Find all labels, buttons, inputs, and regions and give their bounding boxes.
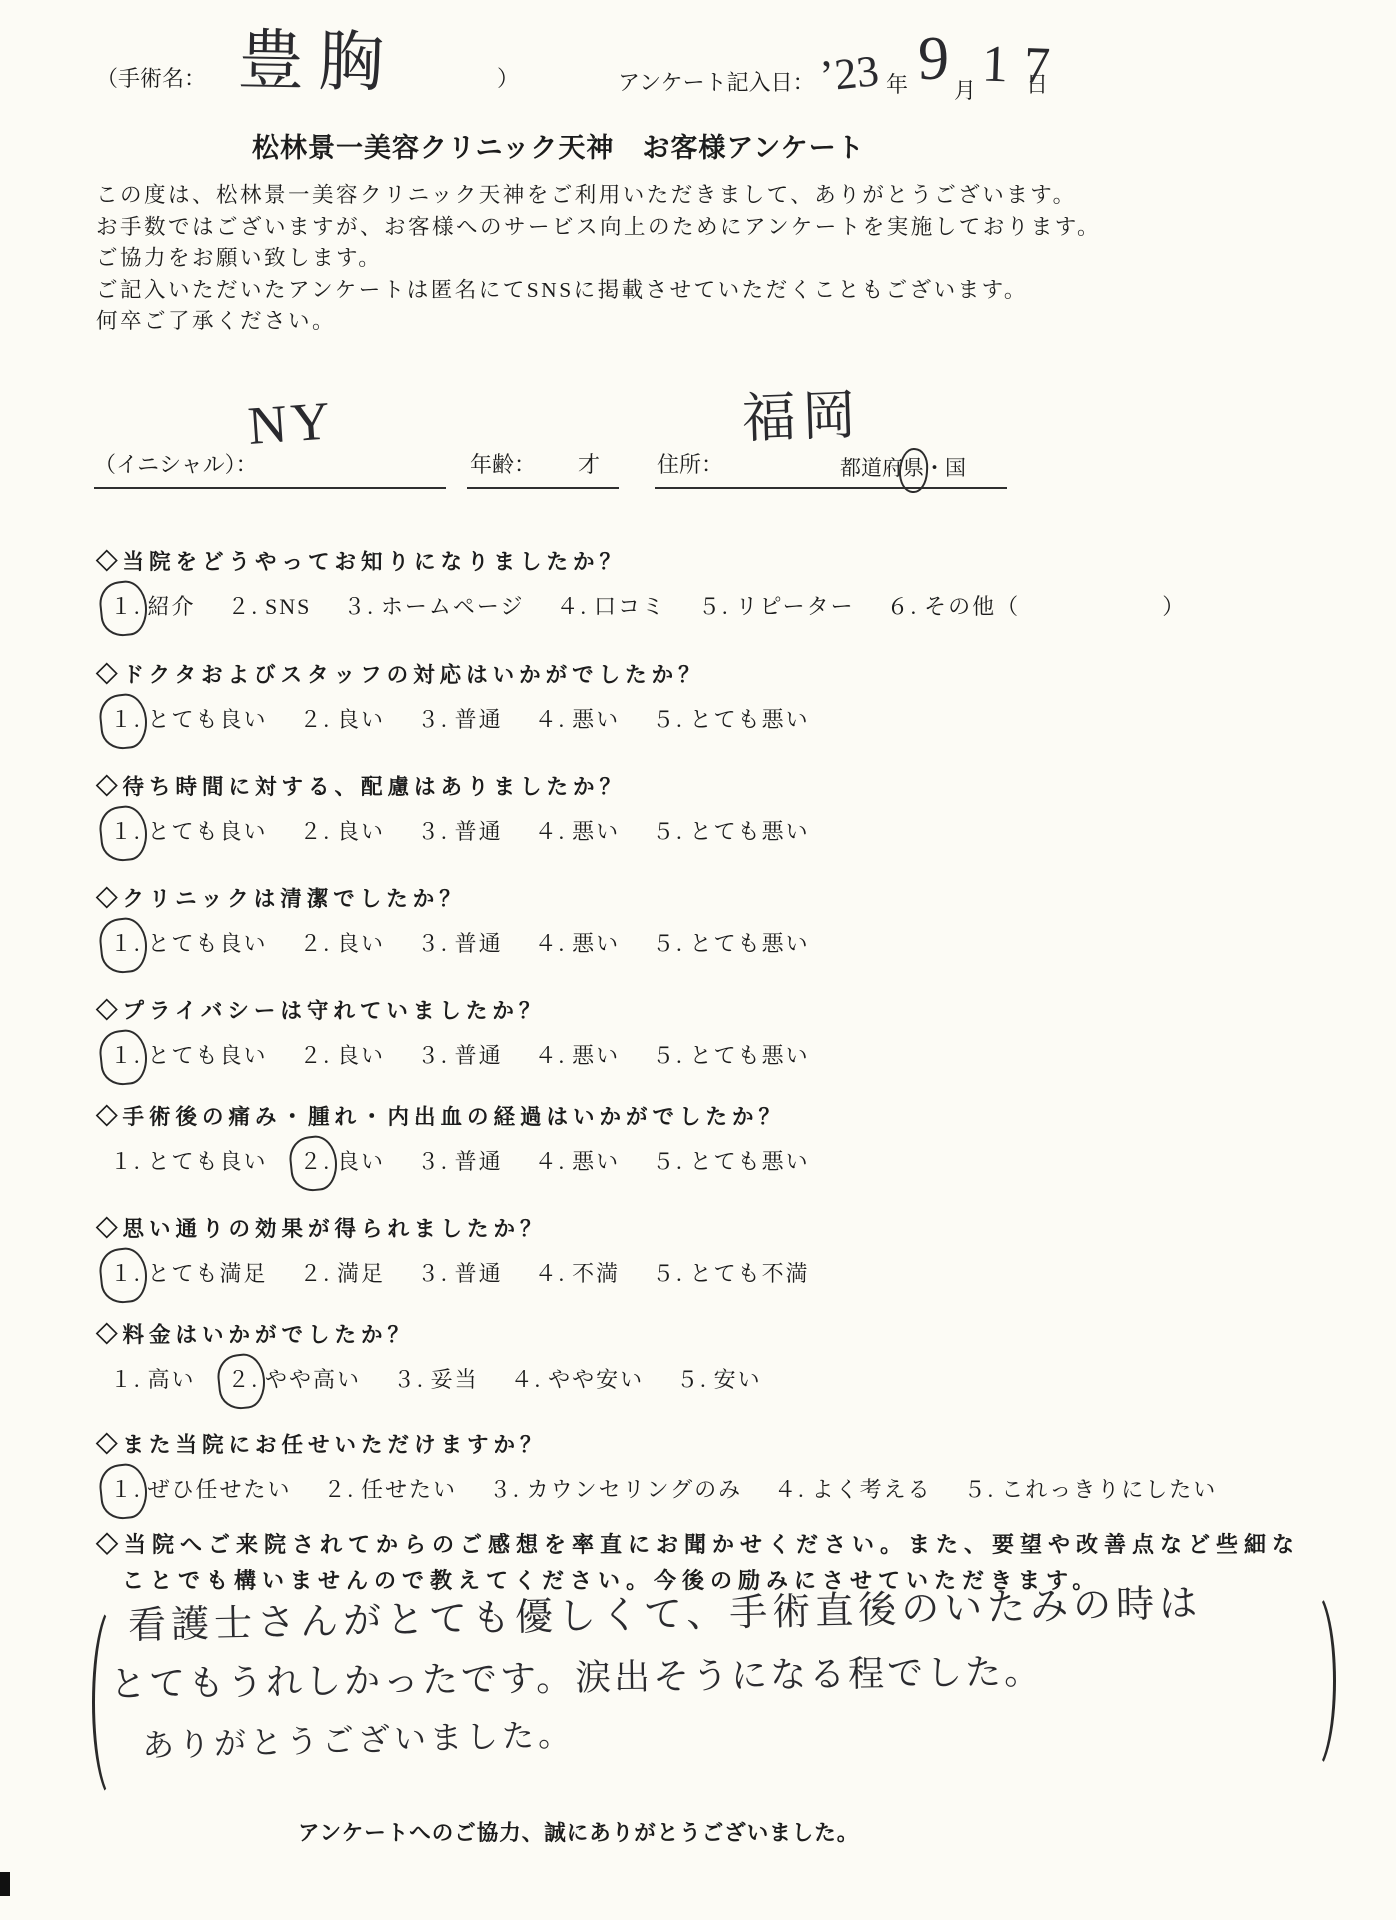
option: １.とても良い	[110, 927, 268, 958]
intro-line: お手数ではございますが、お客様へのサービス向上のためにアンケートを実施しておりま…	[96, 212, 1101, 244]
option-label: 普通	[455, 819, 503, 844]
option-label: やや安い	[548, 1367, 644, 1392]
option: ４.不満	[535, 1257, 621, 1288]
age-label: 年齢：	[470, 448, 536, 479]
option-label: やや高い	[265, 1367, 361, 1392]
option: ４.悪い	[535, 815, 621, 846]
option: ３.普通	[417, 815, 503, 846]
option: ５.とても悪い	[652, 703, 810, 734]
question-prompt: ◇クリニックは清潔でしたか？	[96, 882, 810, 913]
option: ５.とても悪い	[652, 815, 810, 846]
option-number: ４.	[535, 1257, 567, 1288]
option-label: とても悪い	[690, 931, 810, 956]
option-number: ２.	[228, 590, 260, 621]
option-number: ４.	[774, 1473, 806, 1504]
question-block-3: ◇待ち時間に対する、配慮はありましたか？ １.とても良い ２.良い ３.普通 ４…	[96, 770, 810, 846]
option-label: 悪い	[572, 1043, 620, 1068]
option: ４.よく考える	[774, 1473, 932, 1504]
option-number: １.	[110, 1363, 142, 1394]
option: ４.口コミ	[556, 590, 666, 621]
date-year-handwritten: ’23	[818, 49, 881, 99]
question-options: １.紹介 ２.SNS ３.ホームページ ４.口コミ ５.リピーター ６.その他（…	[110, 590, 1186, 621]
option-number: ５.	[652, 703, 684, 734]
option-label: 悪い	[572, 707, 620, 732]
option-label: とても良い	[148, 931, 268, 956]
question-options: １.とても良い ２.良い ３.普通 ４.悪い ５.とても悪い	[110, 927, 810, 958]
option-label: よく考える	[812, 1477, 932, 1502]
option: ３.ホームページ	[343, 590, 524, 621]
question-prompt: ◇ドクタおよびスタッフの対応はいかがでしたか？	[96, 658, 810, 689]
option-number: ５.	[676, 1363, 708, 1394]
option-number: ３.	[489, 1473, 521, 1504]
option: １.高い	[110, 1363, 196, 1394]
option-label: 良い	[337, 931, 385, 956]
option-number: ２.	[300, 1145, 332, 1176]
question-prompt: ◇手術後の痛み・腫れ・内出血の経過はいかがでしたか？	[96, 1100, 810, 1131]
option-number: １.	[110, 1145, 142, 1176]
address-underline	[655, 486, 1007, 489]
option-label: とても悪い	[690, 819, 810, 844]
age-unit: 才	[578, 448, 600, 479]
option: ５.とても不満	[652, 1257, 810, 1288]
option: ３.妥当	[393, 1363, 479, 1394]
option: ２.良い	[300, 815, 386, 846]
option: １.ぜひ任せたい	[110, 1473, 292, 1504]
comment-prompt-line1: ◇当院へご来院されてからのご感想を率直にお聞かせください。また、要望や改善点など…	[96, 1528, 1300, 1559]
option: ５.とても悪い	[652, 1145, 810, 1176]
option: １.とても良い	[110, 1145, 268, 1176]
address-suffix: 都道府県・国	[840, 452, 966, 482]
option-label: SNS	[265, 594, 311, 619]
question-options: １.とても良い ２.良い ３.普通 ４.悪い ５.とても悪い	[110, 1039, 810, 1070]
option-label: とても良い	[148, 1149, 268, 1174]
option-number: ４.	[535, 815, 567, 846]
intro-paragraph: この度は、松林景一美容クリニック天神をご利用いただきまして、ありがとうございます…	[96, 180, 1101, 338]
option: ３.カウンセリングのみ	[489, 1473, 742, 1504]
option-label: ホームページ	[381, 594, 525, 619]
option-label: 妥当	[431, 1367, 479, 1392]
option-label: 満足	[337, 1261, 385, 1286]
question-options: １.とても良い ２.良い ３.普通 ４.悪い ５.とても悪い	[110, 815, 810, 846]
question-block-6: ◇手術後の痛み・腫れ・内出血の経過はいかがでしたか？ １.とても良い ２.良い …	[96, 1100, 810, 1176]
option-number: ６.	[887, 590, 919, 621]
question-prompt: ◇当院をどうやってお知りになりましたか？	[96, 545, 1186, 576]
option-label: 悪い	[572, 1149, 620, 1174]
address-value-handwritten: 福岡	[741, 388, 863, 446]
option: ４.悪い	[535, 927, 621, 958]
option: ５.リピーター	[698, 590, 855, 621]
option: ３.普通	[417, 1257, 503, 1288]
comment-right-paren	[1288, 1588, 1336, 1774]
option: ５.とても悪い	[652, 927, 810, 958]
option-number: １.	[110, 590, 142, 621]
option: ２.良い	[300, 1039, 386, 1070]
other-close-paren: ）	[1162, 590, 1186, 621]
address-suffix-prefecture-options: 都道府	[840, 456, 903, 480]
question-options: １.とても良い ２.良い ３.普通 ４.悪い ５.とても悪い	[110, 1145, 810, 1176]
initial-value-handwritten: NY	[246, 393, 336, 453]
option-number: ５.	[652, 815, 684, 846]
question-block-5: ◇プライバシーは守れていましたか？ １.とても良い ２.良い ３.普通 ４.悪い…	[96, 994, 810, 1070]
option-label: とても悪い	[690, 707, 810, 732]
option-label: とても悪い	[690, 1149, 810, 1174]
question-block-2: ◇ドクタおよびスタッフの対応はいかがでしたか？ １.とても良い ２.良い ３.普…	[96, 658, 810, 734]
option-label: 高い	[148, 1367, 196, 1392]
option-label: これっきりにしたい	[1001, 1477, 1217, 1502]
option-number: ３.	[417, 703, 449, 734]
option-label: 普通	[455, 1149, 503, 1174]
option: ４.悪い	[535, 703, 621, 734]
intro-line: ご記入いただいたアンケートは匿名にてSNSに掲載させていただくこともございます。	[96, 275, 1101, 307]
option-number: ３.	[417, 1039, 449, 1070]
option-label: 良い	[337, 1149, 385, 1174]
option-number: ５.	[652, 1145, 684, 1176]
option-label: 良い	[337, 819, 385, 844]
option: ３.普通	[417, 927, 503, 958]
option-label: とても良い	[148, 707, 268, 732]
date-day-handwritten: 17	[981, 39, 1067, 94]
survey-date-label: アンケート記入日：	[618, 66, 815, 97]
option: ６.その他（	[887, 590, 1021, 621]
option-label: リピーター	[736, 594, 855, 619]
question-options: １.ぜひ任せたい ２.任せたい ３.カウンセリングのみ ４.よく考える ５.これ…	[110, 1473, 1217, 1504]
option: ４.やや安い	[511, 1363, 645, 1394]
surgery-name-label: （手術名：	[96, 62, 206, 93]
option: ２.良い	[300, 703, 386, 734]
age-underline	[467, 486, 619, 489]
question-options: １.高い ２.やや高い ３.妥当 ４.やや安い ５.安い	[110, 1363, 762, 1394]
option-label: 紹介	[148, 594, 196, 619]
option-label: とても満足	[148, 1261, 268, 1286]
option: ２.SNS	[228, 590, 312, 621]
surgery-name-handwritten: 豊胸	[237, 29, 398, 98]
option-number: ３.	[417, 815, 449, 846]
option-label: 安い	[714, 1367, 762, 1392]
option-number: １.	[110, 815, 142, 846]
option-number: １.	[110, 1257, 142, 1288]
address-label: 住所：	[657, 448, 723, 479]
question-block-8: ◇料金はいかがでしたか？ １.高い ２.やや高い ３.妥当 ４.やや安い ５.安…	[96, 1318, 762, 1394]
option: ５.安い	[676, 1363, 762, 1394]
option-number: １.	[110, 927, 142, 958]
question-prompt: ◇また当院にお任せいただけますか？	[96, 1428, 1217, 1459]
option: １.とても良い	[110, 1039, 268, 1070]
option-number: ５.	[652, 927, 684, 958]
question-block-1: ◇当院をどうやってお知りになりましたか？ １.紹介 ２.SNS ３.ホームページ…	[96, 545, 1186, 621]
address-ken-circled: 県	[903, 452, 924, 482]
option-label: 悪い	[572, 819, 620, 844]
option-label: 普通	[455, 1043, 503, 1068]
option: １.とても良い	[110, 815, 268, 846]
intro-line: ご協力をお願い致します。	[96, 243, 1101, 275]
option: １.とても良い	[110, 703, 268, 734]
scan-artifact	[0, 1872, 10, 1896]
option-label: カウンセリングのみ	[527, 1477, 743, 1502]
option: ５.これっきりにしたい	[964, 1473, 1218, 1504]
option: ３.普通	[417, 703, 503, 734]
question-block-4: ◇クリニックは清潔でしたか？ １.とても良い ２.良い ３.普通 ４.悪い ５.…	[96, 882, 810, 958]
option-number: ５.	[964, 1473, 996, 1504]
question-prompt: ◇料金はいかがでしたか？	[96, 1318, 762, 1349]
question-prompt: ◇待ち時間に対する、配慮はありましたか？	[96, 770, 810, 801]
question-options: １.とても良い ２.良い ３.普通 ４.悪い ５.とても悪い	[110, 703, 810, 734]
option: ４.悪い	[535, 1145, 621, 1176]
option: ２.やや高い	[228, 1363, 362, 1394]
comment-hand-line2: とてもうれしかったです。涙出そうになる程でした。	[110, 1653, 1044, 1702]
question-block-9: ◇また当院にお任せいただけますか？ １.ぜひ任せたい ２.任せたい ３.カウンセ…	[96, 1428, 1217, 1504]
option-label: 不満	[572, 1261, 620, 1286]
option-label: とても不満	[690, 1261, 810, 1286]
option-number: ２.	[228, 1363, 260, 1394]
option-number: ４.	[535, 1145, 567, 1176]
option-label: ぜひ任せたい	[148, 1477, 292, 1502]
survey-scan-page: （手術名： 豊胸 ） アンケート記入日： ’23 年 9 月 日 17 松林景一…	[0, 0, 1396, 1920]
comment-hand-line3: ありがとうございました。	[142, 1718, 575, 1761]
option-label: 普通	[455, 931, 503, 956]
option-number: ３.	[417, 1145, 449, 1176]
option-number: ２.	[324, 1473, 356, 1504]
option-label: とても悪い	[690, 1043, 810, 1068]
option-number: ２.	[300, 927, 332, 958]
option: ３.普通	[417, 1145, 503, 1176]
question-prompt: ◇思い通りの効果が得られましたか？	[96, 1212, 810, 1243]
option: １.とても満足	[110, 1257, 268, 1288]
question-prompt: ◇プライバシーは守れていましたか？	[96, 994, 810, 1025]
option-number: ２.	[300, 1257, 332, 1288]
question-options: １.とても満足 ２.満足 ３.普通 ４.不満 ５.とても不満	[110, 1257, 810, 1288]
option-number: ４.	[556, 590, 588, 621]
option-label: 任せたい	[361, 1477, 457, 1502]
option: ２.満足	[300, 1257, 386, 1288]
initial-label: （イニシャル）：	[94, 448, 258, 479]
option: ４.悪い	[535, 1039, 621, 1070]
option-number: ４.	[535, 703, 567, 734]
option: ２.良い	[300, 927, 386, 958]
option: ５.とても悪い	[652, 1039, 810, 1070]
option-label: 良い	[337, 707, 385, 732]
option-number: ２.	[300, 703, 332, 734]
question-block-7: ◇思い通りの効果が得られましたか？ １.とても満足 ２.満足 ３.普通 ４.不満…	[96, 1212, 810, 1288]
option-label: 普通	[455, 707, 503, 732]
option-number: １.	[110, 1473, 142, 1504]
option-number: ４.	[535, 1039, 567, 1070]
option-number: ３.	[343, 590, 375, 621]
option-number: ５.	[652, 1257, 684, 1288]
option-number: ４.	[511, 1363, 543, 1394]
option-label: 良い	[337, 1043, 385, 1068]
option-label: 普通	[455, 1261, 503, 1286]
option: ３.普通	[417, 1039, 503, 1070]
address-suffix-country: ・国	[924, 456, 966, 480]
date-month-handwritten: 9	[918, 28, 949, 90]
option-label: 口コミ	[594, 594, 666, 619]
footer-thanks: アンケートへのご協力、誠にありがとうございました。	[298, 1816, 859, 1847]
option-number: ２.	[300, 815, 332, 846]
option-number: ３.	[393, 1363, 425, 1394]
option-label: その他（	[924, 594, 1020, 619]
initial-underline	[94, 486, 446, 489]
date-year-unit: 年	[886, 68, 908, 99]
option: ２.任せたい	[324, 1473, 458, 1504]
option-number: ４.	[535, 927, 567, 958]
date-month-unit: 月	[954, 74, 976, 105]
option-number: ３.	[417, 927, 449, 958]
option-number: ２.	[300, 1039, 332, 1070]
option-number: ５.	[698, 590, 730, 621]
option: １.紹介	[110, 590, 196, 621]
option-label: とても良い	[148, 1043, 268, 1068]
intro-line: 何卒ご了承ください。	[96, 306, 1101, 338]
page-title: 松林景一美容クリニック天神 お客様アンケート	[252, 126, 865, 165]
option-number: ３.	[417, 1257, 449, 1288]
option-number: １.	[110, 1039, 142, 1070]
option-label: 悪い	[572, 931, 620, 956]
surgery-name-close-paren: ）	[497, 62, 519, 93]
option-label: とても良い	[148, 819, 268, 844]
option-number: １.	[110, 703, 142, 734]
option: ２.良い	[300, 1145, 386, 1176]
option-number: ５.	[652, 1039, 684, 1070]
intro-line: この度は、松林景一美容クリニック天神をご利用いただきまして、ありがとうございます…	[96, 180, 1101, 212]
